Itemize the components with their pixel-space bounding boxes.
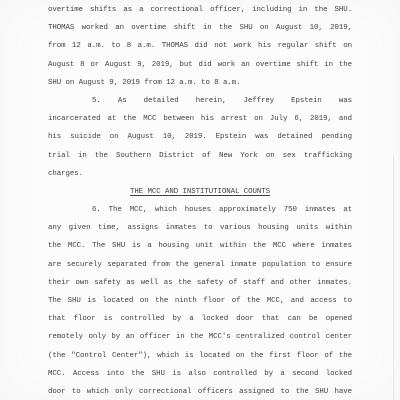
section-heading: THE MCC AND INSTITUTIONAL COUNTS — [48, 183, 352, 201]
document-line: charges. — [48, 165, 352, 183]
document-line: THOMAS worked an overtime shift in the S… — [48, 19, 352, 37]
document-line: that floor is controlled by a locked doo… — [48, 310, 352, 328]
document-page: overtime shifts as a correctional office… — [0, 0, 400, 400]
document-line: trial in the Southern District of New Yo… — [48, 147, 352, 165]
document-line-paragraph-6: 6. The MCC, which houses approximately 7… — [48, 201, 352, 219]
document-line: door to which only correctional officers… — [48, 383, 352, 400]
document-line-paragraph-5: 5. As detailed herein, Jeffrey Epstein w… — [48, 92, 352, 110]
document-line: The SHU is located on the ninth floor of… — [48, 292, 352, 310]
document-line: any given time, assigns inmates to vario… — [48, 219, 352, 237]
document-line: SHU on August 9, 2019 from 12 a.m. to 8 … — [48, 74, 352, 92]
document-line: MCC. Access into the SHU is also control… — [48, 365, 352, 383]
document-line: his suicide on August 10, 2019. Epstein … — [48, 128, 352, 146]
document-line: from 12 a.m. to 8 a.m. THOMAS did not wo… — [48, 37, 352, 55]
document-line: August 8 or August 9, 2019, but did work… — [48, 56, 352, 74]
document-text: overtime shifts as a correctional office… — [48, 1, 352, 400]
document-line: remotely only by an officer in the MCC's… — [48, 328, 352, 346]
scan-edge-artifact — [393, 155, 394, 400]
document-line: (the "Control Center"), which is located… — [48, 347, 352, 365]
document-line: their own safety as well as the safety o… — [48, 274, 352, 292]
document-line: overtime shifts as a correctional office… — [48, 1, 352, 19]
document-line: are securely separated from the general … — [48, 256, 352, 274]
document-line: incarcerated at the MCC between his arre… — [48, 110, 352, 128]
document-line: the MCC. The SHU is a housing unit withi… — [48, 237, 352, 255]
